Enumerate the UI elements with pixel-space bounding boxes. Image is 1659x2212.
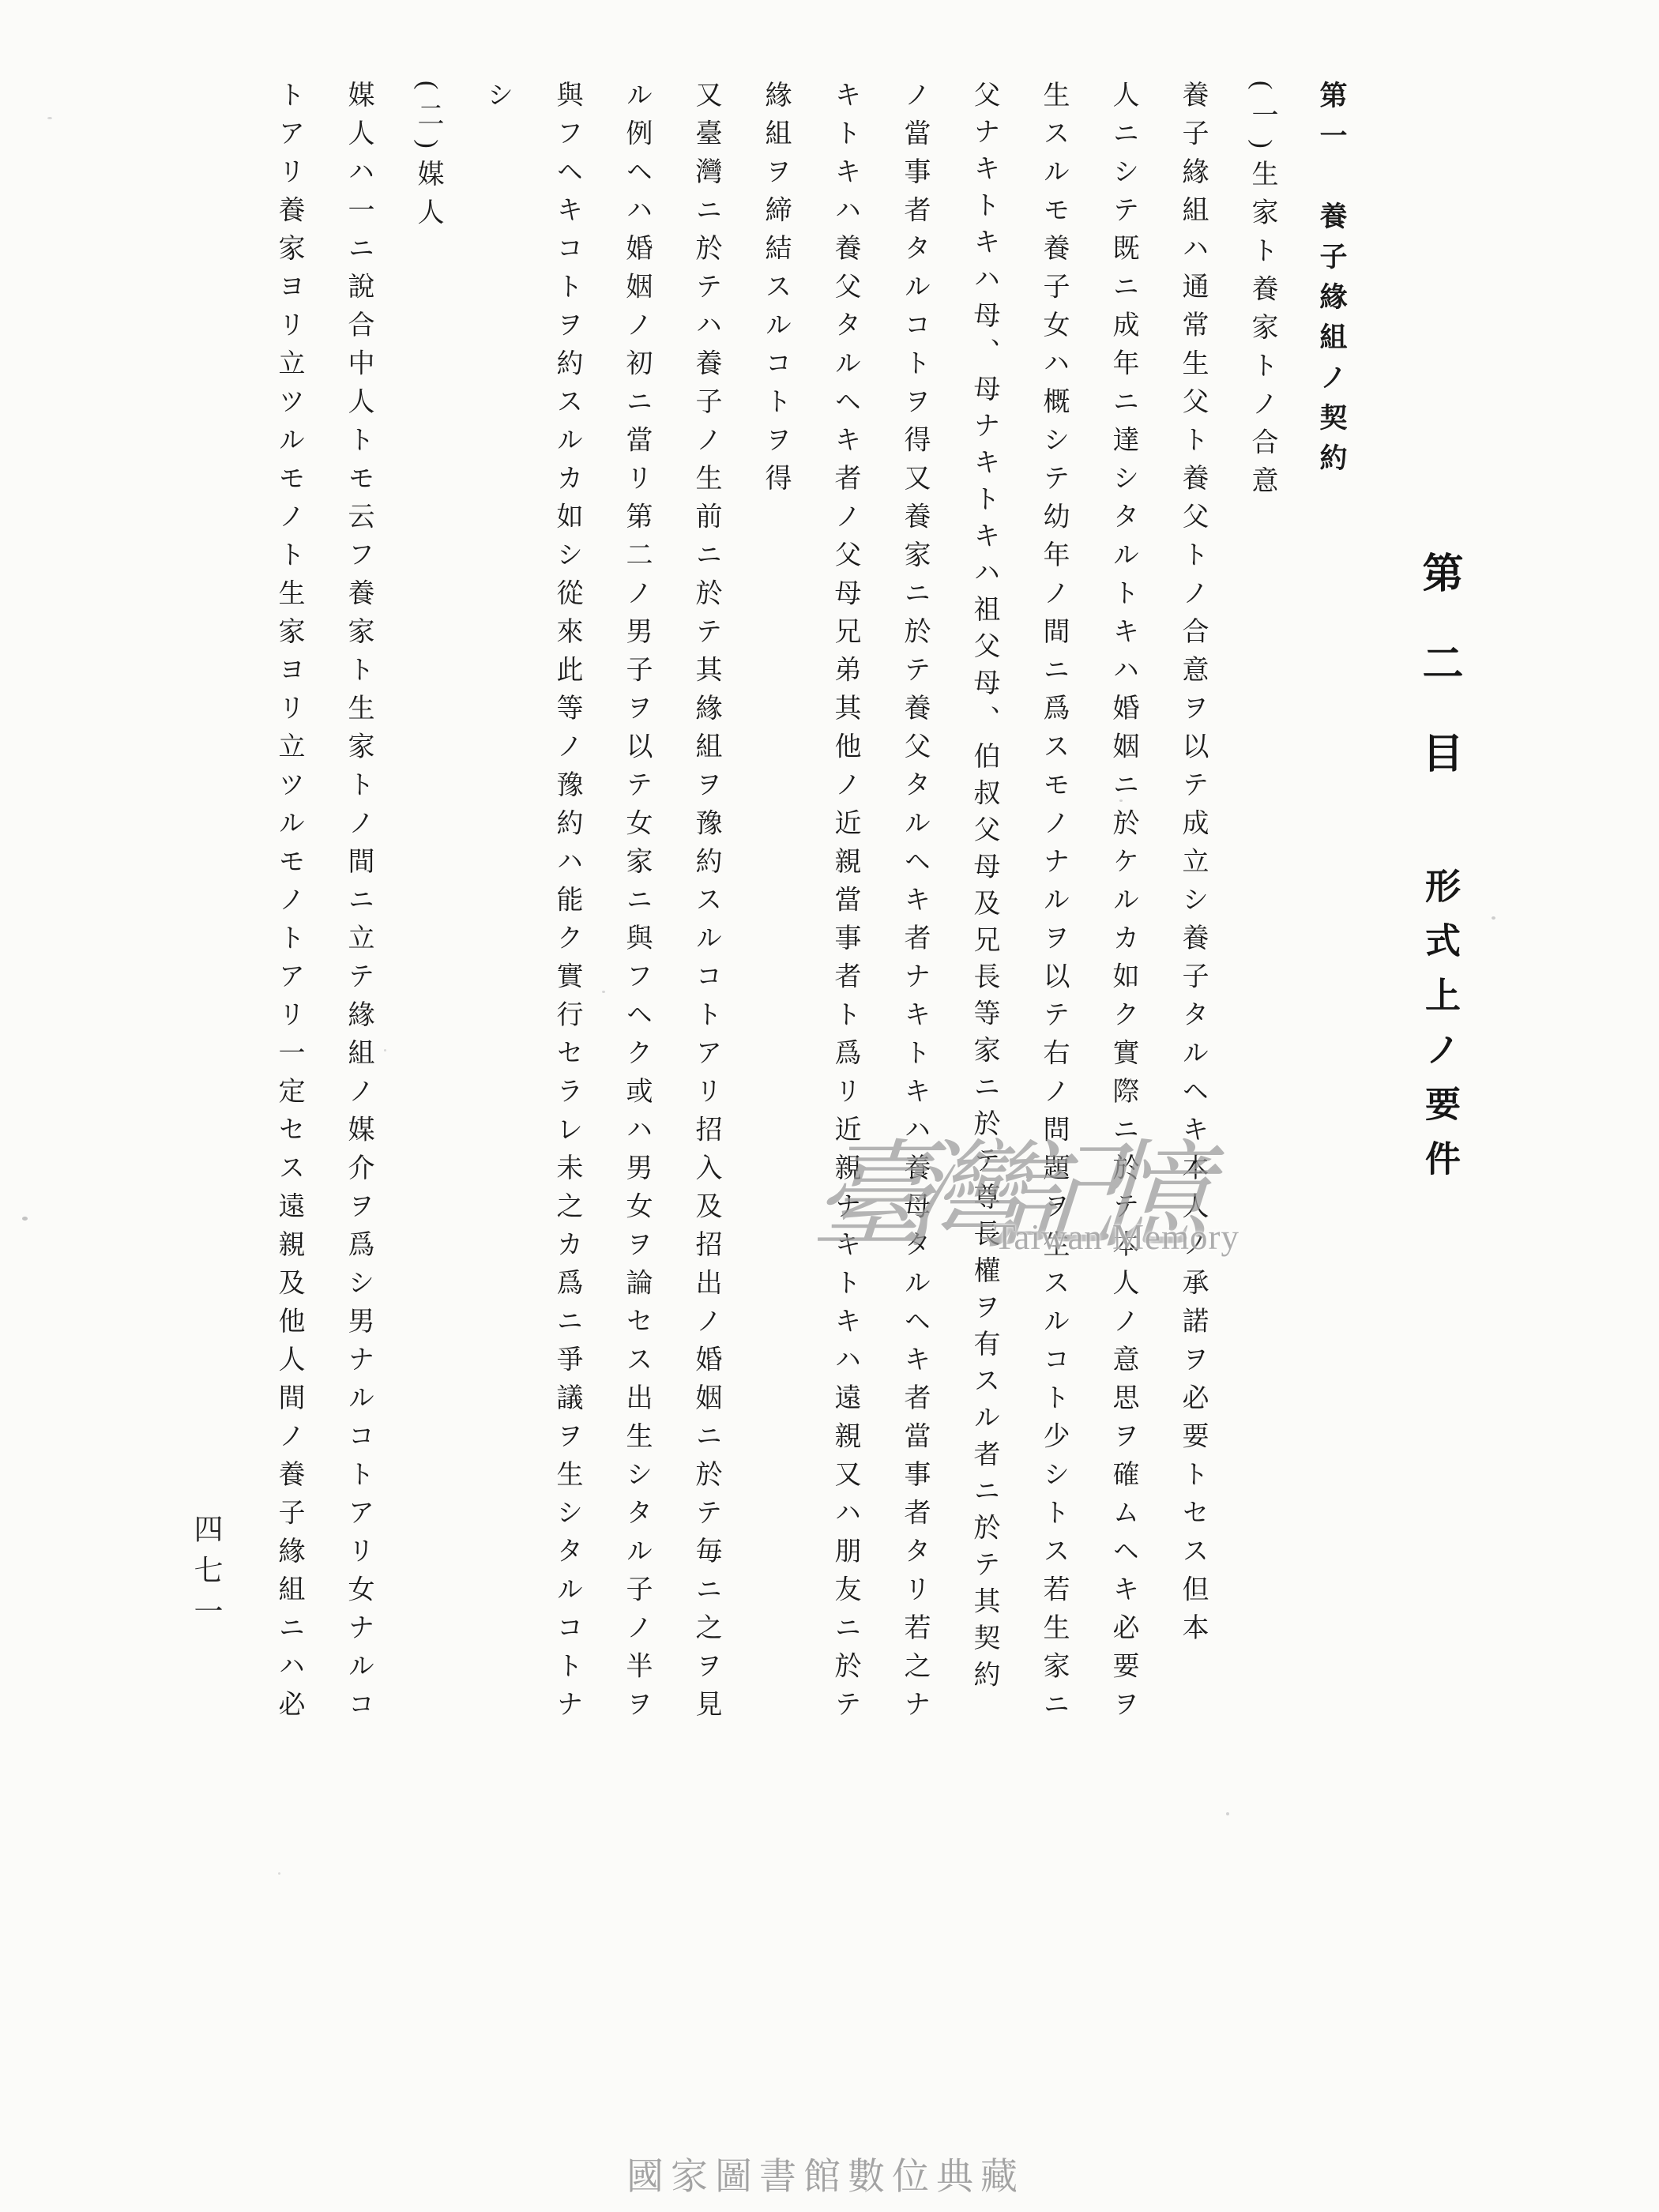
scan-speckle bbox=[278, 1872, 280, 1875]
text-column: トアリ養家ヨリ立ツルモノト生家ヨリ立ツルモノトアリ一定セス遠親及他人間ノ養子緣組… bbox=[269, 81, 308, 1729]
section-title: 形式上ノ要件 bbox=[1419, 867, 1460, 1194]
text-column: 生スルモ養子女ハ概シテ幼年ノ間ニ爲スモノナルヲ以テ右ノ問題ヲ生スルコト少シトス若… bbox=[1033, 81, 1073, 1729]
scan-speckle bbox=[1226, 1812, 1229, 1815]
text-column: ル例ヘハ婚姻ノ初ニ當リ第二ノ男子ヲ以テ女家ニ與フヘク或ハ男女ヲ論セス出生シタル子… bbox=[616, 81, 656, 1729]
scan-speckle bbox=[384, 1049, 386, 1051]
item-one-heading: (一)生家ト養家トノ合意 bbox=[1242, 81, 1281, 505]
text-column: 父ナキトキハ母、母ナキトキハ祖父母、伯叔父母及兄長等家ニ於テ尊長權ヲ有スル者ニ於… bbox=[964, 81, 1003, 1697]
part-one-heading: 第一 養子緣組ノ契約 bbox=[1311, 81, 1351, 483]
scan-speckle bbox=[47, 117, 52, 119]
section-number: 第二目 bbox=[1414, 551, 1461, 822]
page-number: 四七一 bbox=[186, 1514, 223, 1637]
text-column: 緣組ヲ締結スルコトヲ得 bbox=[755, 81, 795, 502]
text-column: 養子緣組ハ通常生父ト養父トノ合意ヲ以テ成立シ養子タルヘキ本人ノ承諾ヲ必要トセス但… bbox=[1172, 81, 1212, 1652]
text-column: キトキハ養父タルヘキ者ノ父母兄弟其他ノ近親當事者ト爲リ近親ナキトキハ遠親又ハ朋友… bbox=[825, 81, 864, 1729]
text-column: 媒人ハ一ニ說合中人トモ云フ養家ト生家トノ間ニ立テ緣組ノ媒介ヲ爲シ男ナルコトアリ女… bbox=[338, 81, 378, 1729]
text-column: 又臺灣ニ於テハ養子ノ生前ニ於テ其緣組ヲ豫約スルコトアリ招入及招出ノ婚姻ニ於テ毎ニ… bbox=[686, 81, 725, 1729]
text-column: 人ニシテ既ニ成年ニ達シタルトキハ婚姻ニ於ケルカ如ク實際ニ於テ本人ノ意思ヲ確ムヘキ… bbox=[1103, 81, 1142, 1729]
scan-speckle bbox=[1492, 916, 1495, 920]
scan-speckle bbox=[22, 1217, 28, 1221]
library-footer-caption: 國家圖書館數位典藏 bbox=[626, 2147, 1025, 2200]
scan-speckle bbox=[602, 991, 605, 993]
scanned-page: 第二目 形式上ノ要件 第一 養子緣組ノ契約 (一)生家ト養家トノ合意 養子緣組ハ… bbox=[0, 0, 1659, 2212]
item-two-heading: (二)媒人 bbox=[408, 81, 447, 236]
text-column: 與フヘキコトヲ約スルカ如シ從來此等ノ豫約ハ能ク實行セラレ未之カ爲ニ爭議ヲ生シタル… bbox=[547, 81, 586, 1729]
scan-speckle bbox=[1119, 799, 1123, 802]
text-column: ノ當事者タルコトヲ得又養家ニ於テ養父タルヘキ者ナキトキハ養母タルヘキ者當事者タリ… bbox=[894, 81, 934, 1729]
text-column: シ bbox=[477, 81, 517, 119]
